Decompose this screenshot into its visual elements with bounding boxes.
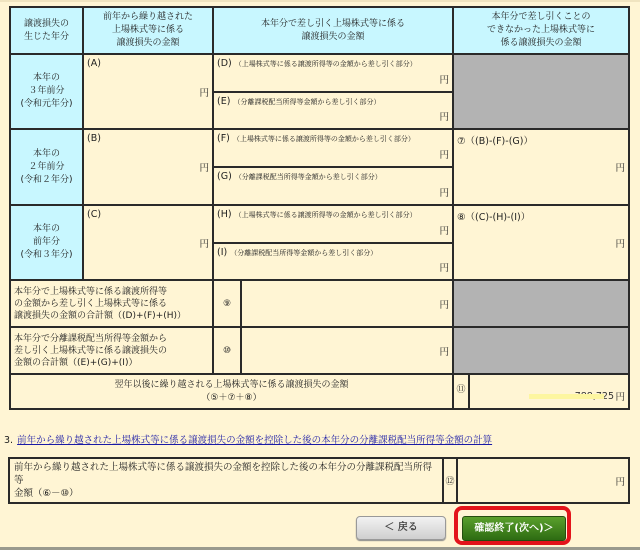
amount-B[interactable]: (B) 円 [83,129,213,205]
row12-number: ⑫ [443,458,457,503]
top-divider [0,0,640,2]
header-carried: 前年から繰り越された 上場株式等に係る 譲渡損失の金額 [83,7,213,54]
sum10-disabled [453,327,629,374]
confirm-next-button[interactable]: 確認終了(次へ)＞ [462,516,566,541]
section-3-link[interactable]: 前年から繰り越された上場株式等に係る譲渡損失の金額を控除した後の本年分の分離課税… [17,435,492,446]
amount-8[interactable]: ⑧（(C)-(H)-(I)） 円 [453,205,629,280]
year-2-prior: 本年の ２年前分 (令和２年分) [10,129,83,205]
year-1-prior: 本年の 前年分 (令和３年分) [10,205,83,280]
amount-9[interactable]: 円 [241,280,453,327]
amount-7[interactable]: ⑦（(B)-(F)-(G)） 円 [453,129,629,205]
header-deducted: 本年分で差し引く上場株式等に係る 譲渡損失の金額 [213,7,453,54]
row12-table: 前年から繰り越された上場株式等に係る譲渡損失の金額を控除した後の本年分の分離課税… [8,457,630,504]
header-remaining: 本年分で差し引くことの できなかった上場株式等に 係る譲渡損失の金額 [453,7,629,54]
year-3-prior: 本年の ３年前分 (令和元年分) [10,54,83,129]
sum9-number: ⑨ [213,280,241,327]
total11-number: ⑪ [454,375,470,408]
amount-F[interactable]: (F) （上場株式等に係る譲渡所得等の金額から差し引く部分） 円 [213,129,453,167]
sum10-label: 本年分で分離課税配当所得等金額から 差し引く上場株式等に係る譲渡損失の 金額の合… [10,327,213,374]
sum10-number: ⑩ [213,327,241,374]
amount-I[interactable]: (I) （分離課税配当所得等金額から差し引く部分） 円 [213,243,453,280]
total11-value-cell: ⑪ 788,725 円 [453,374,629,409]
remaining-3-prior-disabled [453,54,629,129]
amount-G[interactable]: (G) （分離課税配当所得等金額から差し引く部分） 円 [213,167,453,205]
header-year: 譲渡損失の 生じた年分 [10,7,83,54]
highlight-mark [529,394,604,399]
total11-label: 翌年以後に繰り越される上場株式等に係る譲渡損失の金額 （⑤＋⑦＋⑧） [10,374,453,409]
row12-label: 前年から繰り越された上場株式等に係る譲渡損失の金額を控除した後の本年分の分離課税… [9,458,443,503]
amount-H[interactable]: (H) （上場株式等に係る譲渡所得等の金額から差し引く部分） 円 [213,205,453,243]
section-3-heading: 3.前年から繰り越された上場株式等に係る譲渡損失の金額を控除した後の本年分の分離… [4,432,492,446]
amount-E[interactable]: (E) （分離課税配当所得等金額から差し引く部分） 円 [213,92,453,129]
sum9-label: 本年分で上場株式等に係る譲渡所得等 の金額から差し引く上場株式等に係る 譲渡損失… [10,280,213,327]
loss-carryover-table: 譲渡損失の 生じた年分 前年から繰り越された 上場株式等に係る 譲渡損失の金額 … [9,6,630,410]
amount-A[interactable]: (A) 円 [83,54,213,129]
amount-10[interactable]: 円 [241,327,453,374]
amount-C[interactable]: (C) 円 [83,205,213,280]
sum9-disabled [453,280,629,327]
back-button[interactable]: ＜ 戻る [356,516,446,540]
amount-12[interactable]: 円 [457,458,629,503]
amount-D[interactable]: (D) （上場株式等に係る譲渡所得等の金額から差し引く部分） 円 [213,54,453,92]
